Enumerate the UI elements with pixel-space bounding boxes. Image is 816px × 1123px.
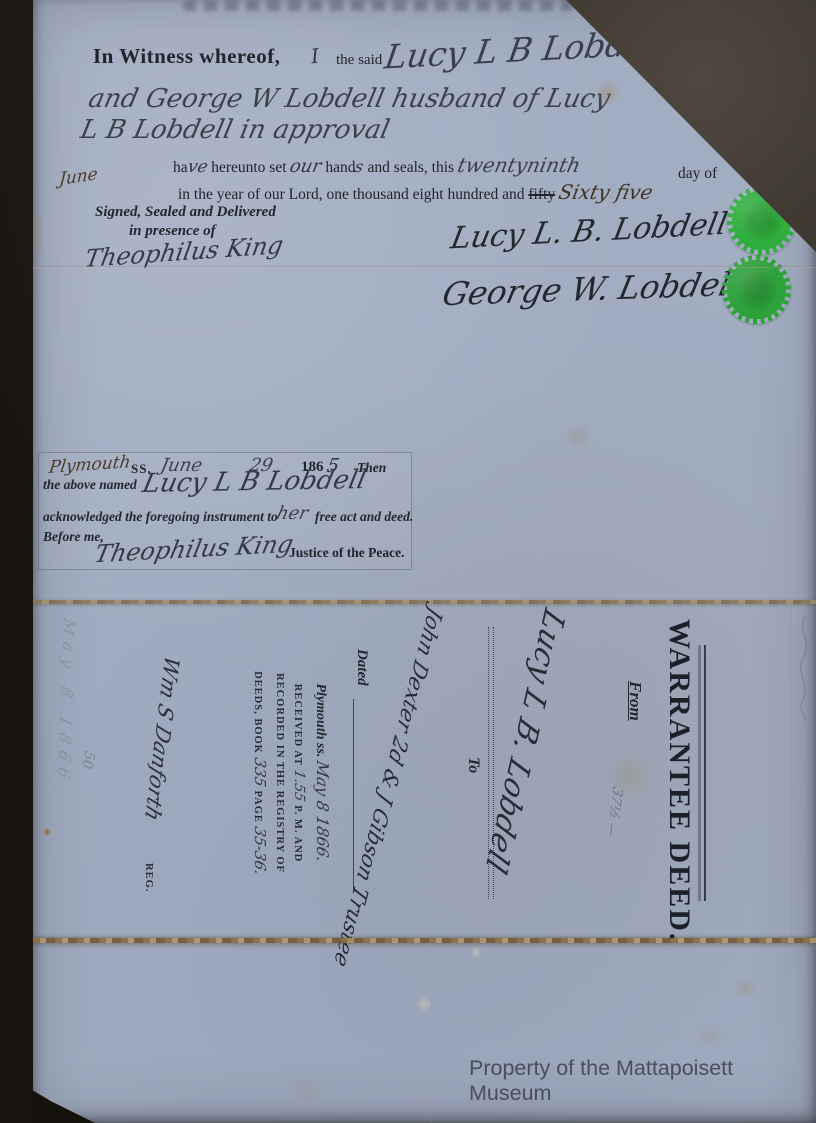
torn-corner-shadow (33, 1086, 95, 1123)
witness-clause-heading: In Witness whereof, (93, 44, 280, 69)
printed-year-text: in the year of our Lord, one thousand ei… (178, 186, 525, 203)
faint-pencil-scribble (795, 612, 815, 722)
recording-book-hand: 335 (251, 756, 269, 788)
recording-book-page-line: DEEDS, BOOK 335 PAGE 35-36. (250, 633, 269, 913)
bleed-through-smudge (183, 0, 573, 11)
docket-recording-block: Plymouth ss. May 8 1866. RECEIVED AT 1.5… (250, 633, 332, 913)
attestation-line-1: Signed, Sealed and Delivered (95, 204, 276, 221)
acknowledgment-block: Plymouth SS. June 29 186 5 Then the abov… (38, 452, 412, 570)
stain (561, 424, 595, 450)
hand-day-word: twentyninth (455, 153, 582, 177)
docket-readable-layer: WARRANTEE DEED. From 37½ — Lucy L B. Lob… (33, 605, 790, 941)
ack-place: Plymouth (48, 452, 132, 478)
ack-instrument-text: acknowledged the foregoing instrument to (43, 509, 278, 525)
docket-title: WARRANTEE DEED. (662, 619, 696, 927)
deed-paper: In Witness whereof, I the said Lucy L B … (33, 0, 816, 1123)
docket-fee-note: 37½ — (603, 785, 625, 839)
witness-signature: Theophilus King (83, 231, 286, 273)
ack-free-act: free act and deed. (315, 509, 413, 525)
hands-and-seals-line: have hereunto set our hands and seals, t… (173, 153, 580, 177)
ack-before-me: Before me, (43, 529, 104, 545)
green-wax-seal-top (727, 186, 796, 255)
ack-above-named: the above named (43, 477, 137, 493)
signature-george: George W. Lobdell (439, 265, 744, 314)
pencil-number: 50 (79, 750, 98, 770)
recording-page-label: PAGE (252, 791, 263, 823)
recording-date-hand: May 8 1866. (313, 759, 332, 864)
printed-and-seals-this: and seals, this (368, 159, 455, 176)
stain (651, 52, 667, 66)
handwritten-line-2: and George W Lobdell husband of Lucy (86, 84, 613, 114)
stain (469, 946, 483, 958)
recording-deeds-book: DEEDS, BOOK (252, 671, 263, 754)
docket-dotted-rule (488, 627, 494, 899)
ack-justice-title: Justice of the Peace. (289, 545, 404, 561)
recording-received: RECEIVED AT (292, 684, 303, 766)
stain (693, 1024, 727, 1048)
witness-said-label: the said (336, 52, 382, 69)
docket-from-label: From (625, 681, 645, 721)
hand-sixty-five: Sixty five (556, 180, 655, 204)
ack-justice-signature: Theophilus King (92, 530, 296, 569)
recording-pm-and: P. M. AND (292, 805, 303, 862)
recording-registry-line: RECORDED IN THE REGISTRY OF (274, 633, 285, 913)
ack-pronoun-hand: her (274, 503, 310, 524)
recording-received-line: RECEIVED AT 1.55 P. M. AND (290, 633, 308, 913)
recording-place: Plymouth ss. (313, 683, 328, 757)
recording-place-line: Plymouth ss. May 8 1866. (312, 633, 332, 913)
green-wax-seal-bottom (722, 255, 791, 324)
docket-dated-label: Dated (353, 649, 370, 686)
docket-grantee-hand: John Dexter 2d & J Gibson Trustee (329, 603, 446, 972)
printed-hereunto-set: hereunto set (211, 159, 286, 176)
docket-dated-line (353, 699, 354, 893)
docket-title-rule (701, 645, 706, 901)
stain (733, 978, 759, 998)
signature-lucy: Lucy L. B. Lobdell (448, 207, 730, 257)
day-of-label: day of (678, 165, 717, 183)
witness-pronoun: I (310, 44, 320, 69)
stain (33, 216, 43, 250)
printed-hand: hand (325, 159, 355, 176)
register-signature: Wm S Danforth (140, 652, 183, 825)
pencil-note: May 8 1866 (54, 616, 79, 787)
stain (415, 996, 433, 1012)
handwritten-line-3: L B Lobdell in approval (78, 115, 392, 145)
recording-page-hand: 35-36. (251, 825, 269, 877)
recording-time-hand: 1.55 (291, 768, 307, 803)
register-reg-label: REG. (143, 863, 154, 892)
hand-s: s (353, 157, 365, 176)
grantor-name-handwritten: Lucy L B Lobdell (382, 22, 670, 76)
museum-watermark: Property of the Mattapoisett Museum (469, 1056, 816, 1106)
stain (283, 1078, 327, 1100)
docket-to-label: To (464, 757, 482, 773)
struck-fifty: fifty (528, 186, 555, 203)
ack-name-hand: Lucy L B Lobdell (140, 465, 369, 499)
month-margin-note: June (58, 164, 98, 190)
hand-ve: ve (186, 157, 210, 177)
hand-our: our (288, 156, 324, 177)
scanned-deed-page: { "colors":{"paper":"#a2adc1","backgroun… (0, 0, 816, 1123)
docket-panel: WARRANTEE DEED. From 37½ — Lucy L B. Lob… (33, 605, 790, 941)
year-line: in the year of our Lord, one thousand ei… (178, 180, 653, 204)
